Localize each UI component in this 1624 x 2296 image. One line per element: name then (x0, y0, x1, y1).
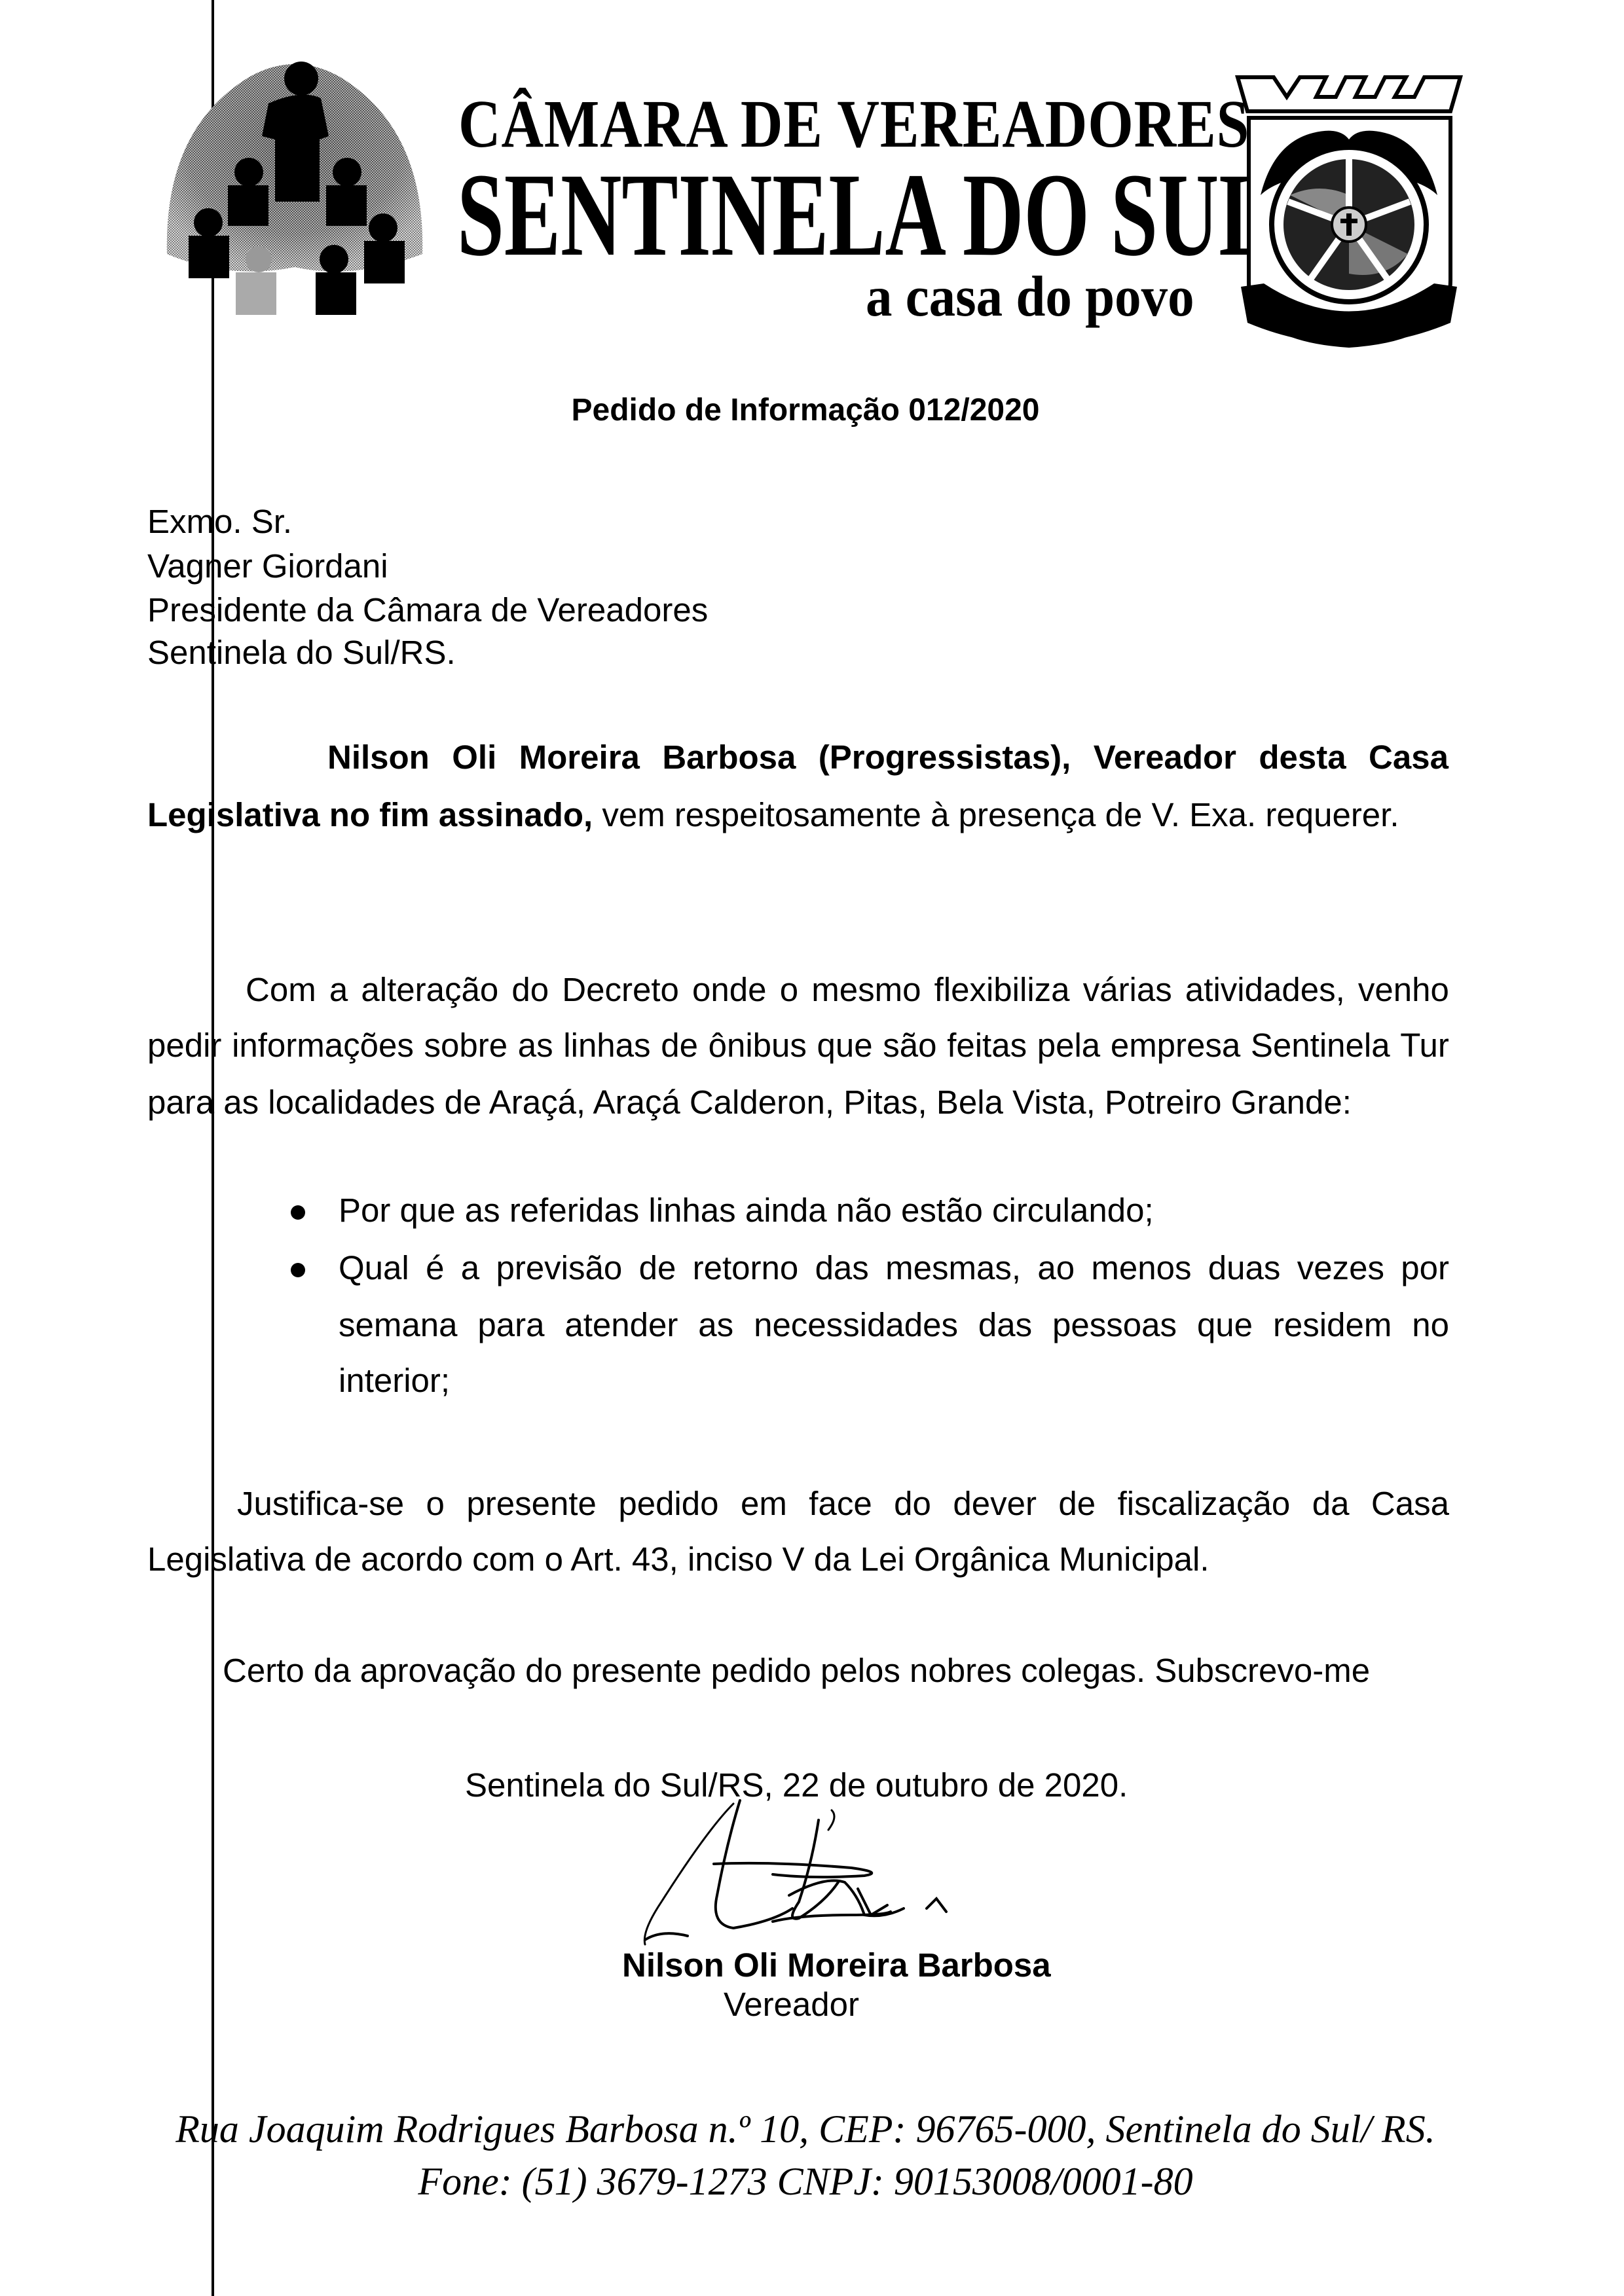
word: as (518, 1029, 553, 1062)
recipient-line: Exmo. Sr. (147, 505, 292, 538)
word: empresa (1111, 1029, 1240, 1062)
word: do (894, 1487, 931, 1520)
word: Casa (1369, 740, 1449, 774)
footer-contact: Fone: (51) 3679-1273 CNPJ: 90153008/0001… (0, 2162, 1611, 2201)
word: pessoas (1052, 1308, 1177, 1341)
word: a (329, 973, 348, 1006)
word: semana (339, 1308, 457, 1341)
header-tagline: a casa do povo (866, 268, 1194, 326)
word: Oli (452, 740, 496, 774)
word: Barbosa (662, 740, 796, 774)
word: dever (953, 1487, 1037, 1520)
word: mesmas, (885, 1251, 1021, 1285)
word: do (511, 973, 549, 1006)
word: sobre (424, 1029, 508, 1062)
word: residem (1273, 1308, 1392, 1341)
paragraph-line: Justifica-seopresentepedidoemfacedodever… (237, 1487, 1449, 1520)
word: desta (1259, 740, 1346, 774)
word: a (461, 1251, 479, 1285)
word: de (661, 1029, 698, 1062)
word: pedir (147, 1029, 221, 1062)
word: onde (692, 973, 766, 1006)
word: Justifica-se (237, 1487, 404, 1520)
word: o (780, 973, 798, 1006)
word: duas (1208, 1251, 1281, 1285)
bullet-item-line: Qualéaprevisãoderetornodasmesmas,aomenos… (339, 1251, 1449, 1285)
word: que (817, 1029, 873, 1062)
word: alteração (361, 973, 498, 1006)
closing-paragraph: Certo da aprovação do presente pedido pe… (223, 1654, 1370, 1687)
word: várias (1083, 973, 1172, 1006)
word: retorno (693, 1251, 799, 1285)
word: atividades, (1185, 973, 1345, 1006)
footer-address: Rua Joaquim Rodrigues Barbosa n.º 10, CE… (0, 2109, 1611, 2149)
word: presente (466, 1487, 596, 1520)
word: Casa (1371, 1487, 1449, 1520)
handwritten-signature (576, 1791, 1048, 1948)
word: Nilson (327, 740, 430, 774)
scan-margin-line (212, 0, 214, 2296)
word: atender (564, 1308, 678, 1341)
bullet-item-text: Por que as referidas linhas ainda não es… (339, 1194, 1154, 1227)
word: ônibus (709, 1029, 807, 1062)
intro-bold-text: Legislativa no fim assinado, (147, 796, 593, 833)
word: da (1312, 1487, 1350, 1520)
word: (Progressistas), (819, 740, 1071, 774)
header-chamber-name: CÂMARA DE VEREADORES (458, 90, 1249, 158)
word: pedido (618, 1487, 718, 1520)
word: informações (232, 1029, 414, 1062)
document-title: Pedido de Informação 012/2020 (0, 395, 1611, 426)
word: Vereador (1094, 740, 1236, 774)
bullet-icon (291, 1205, 305, 1220)
coat-of-arms-icon (1234, 64, 1464, 352)
word: é (426, 1251, 444, 1285)
word: mesmo (811, 973, 921, 1006)
word: menos (1091, 1251, 1191, 1285)
header-city-name: SENTINELA DO SUL (457, 156, 1276, 275)
word: são (883, 1029, 936, 1062)
word: das (978, 1308, 1032, 1341)
paragraph-line: pedirinformaçõessobreaslinhasdeônibusque… (147, 1029, 1449, 1062)
word: Decreto (562, 973, 679, 1006)
paragraph-line: Legislativa de acordo com o Art. 43, inc… (147, 1542, 1209, 1576)
word: o (426, 1487, 445, 1520)
word: no (1412, 1308, 1449, 1341)
word: necessidades (754, 1308, 958, 1341)
bullet-icon (291, 1263, 305, 1277)
signer-name: Nilson Oli Moreira Barbosa (622, 1948, 1051, 1982)
signer-role: Vereador (724, 1988, 859, 2021)
word: em (741, 1487, 787, 1520)
recipient-line: Sentinela do Sul/RS. (147, 636, 456, 669)
word: para (477, 1308, 544, 1341)
word: ao (1037, 1251, 1075, 1285)
word: Com (246, 973, 316, 1006)
word: pela (1037, 1029, 1100, 1062)
word: linhas (563, 1029, 650, 1062)
word: as (698, 1308, 733, 1341)
word: por (1401, 1251, 1449, 1285)
word: Tur (1400, 1029, 1449, 1062)
word: vezes (1297, 1251, 1384, 1285)
word: venho (1358, 973, 1449, 1006)
word: previsão (496, 1251, 622, 1285)
word: das (815, 1251, 869, 1285)
paragraph-line: ComaalteraçãodoDecretoondeomesmoflexibil… (246, 973, 1449, 1006)
word: de (1058, 1487, 1096, 1520)
assembly-people-logo (157, 51, 432, 326)
word: flexibiliza (934, 973, 1070, 1006)
recipient-line: Presidente da Câmara de Vereadores (147, 593, 708, 627)
word: Qual (339, 1251, 409, 1285)
paragraph-line: para as localidades de Araçá, Araçá Cald… (147, 1085, 1352, 1119)
word: feitas (947, 1029, 1027, 1062)
bullet-item-line: interior; (339, 1364, 450, 1397)
word: Moreira (519, 740, 640, 774)
word: fiscalização (1118, 1487, 1291, 1520)
recipient-line: Vagner Giordani (147, 549, 388, 583)
intro-normal-text: vem respeitosamente à presença de V. Exa… (593, 796, 1399, 833)
intro-paragraph-line: NilsonOliMoreiraBarbosa(Progressistas),V… (327, 740, 1449, 774)
word: face (809, 1487, 872, 1520)
bullet-item-line: semanaparaatenderasnecessidadesdaspessoa… (339, 1308, 1449, 1341)
word: Sentinela (1251, 1029, 1390, 1062)
word: que (1197, 1308, 1253, 1341)
intro-paragraph-line: Legislativa no fim assinado, vem respeit… (147, 798, 1399, 831)
word: de (639, 1251, 676, 1285)
